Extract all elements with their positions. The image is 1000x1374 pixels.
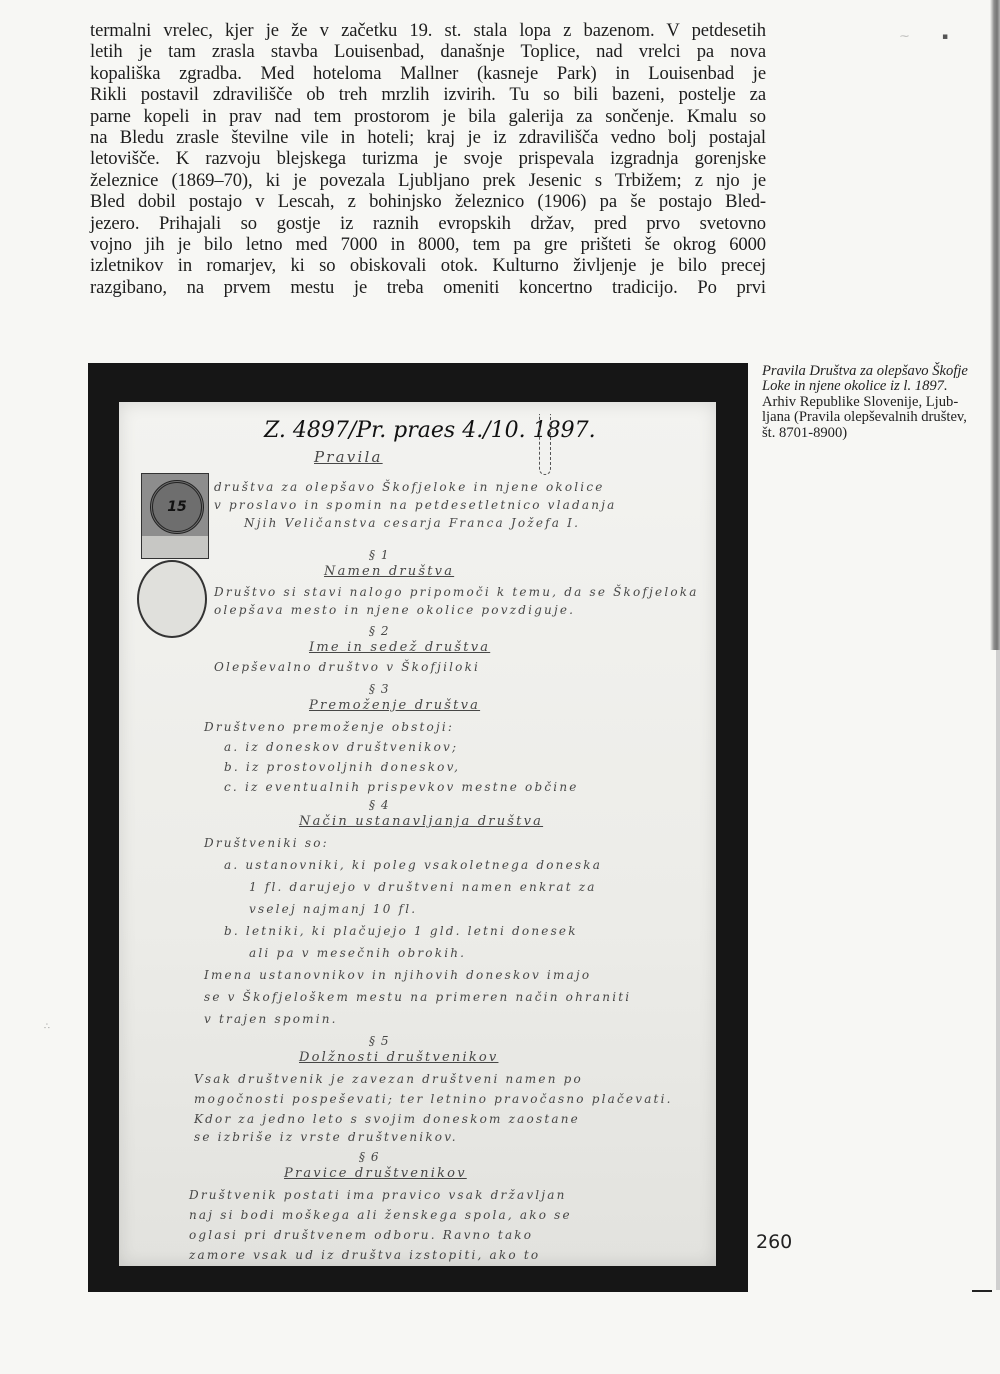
section-line: Društvenik postati ima pravico vsak drža… (189, 1188, 567, 1202)
section-heading: Premoženje društva (309, 698, 480, 713)
figure-caption: Pravila Društva za olepšavo Škofje Loke … (762, 364, 987, 441)
stamp-lower-band (142, 536, 208, 558)
section-heading: Pravice društvenikov (284, 1166, 467, 1181)
section-line: ali pa v mesečnih obrokih. (249, 946, 466, 960)
section-line: zamore vsak ud iz društva izstopiti, ako… (189, 1248, 540, 1262)
section-line: Olepševalno društvo v Škofjiloki (214, 660, 480, 674)
section-line: se v Škofjeloškem mestu na primeren nači… (204, 990, 631, 1004)
body-line: kopališka zgradba. Med hoteloma Mallner … (90, 63, 766, 84)
scan-speck: ⁓ (900, 32, 909, 42)
section-line: a. ustanovniki, ki poleg vsakoletnega do… (224, 858, 602, 872)
body-line: vojno jih je bilo letno med 7000 in 8000… (90, 234, 766, 255)
section-line: Vsak društvenik je zavezan društveni nam… (194, 1072, 583, 1086)
section-line: Društveno premoženje obstoji: (204, 720, 454, 734)
section-line: a. iz doneskov društvenikov; (224, 740, 458, 754)
section-line: olepšava mesto in njene okolice povzdigu… (214, 603, 575, 617)
body-line: letovišče. K razvoju blejskega turizma j… (90, 148, 766, 169)
section-line: v trajen spomin. (204, 1012, 338, 1026)
section-line: b. letniki, ki plačujejo 1 gld. letni do… (224, 924, 578, 938)
document-intro-line: Njih Veličanstva cesarja Franca Jožefa I… (244, 516, 580, 530)
section-line: Imena ustanovnikov in njihovih doneskov … (204, 968, 591, 982)
body-line: na Bledu zrasle številne vile in hoteli;… (90, 127, 766, 148)
body-line: Bled dobil postajo v Lescah, z bohinjsko… (90, 191, 766, 212)
ink-seal (137, 560, 207, 638)
section-line: Kdor za jedno leto s svojim doneskom zao… (194, 1112, 580, 1126)
caption-source-line: ljana (Pravila olepševalnih društev, (762, 410, 987, 425)
document-intro-line: društva za olepšavo Škofjeloke in njene … (214, 480, 605, 494)
section-heading: Način ustanavljanja društva (299, 814, 543, 829)
section-line: Društveniki so: (204, 836, 329, 850)
section-mark: § 2 (369, 624, 389, 638)
paper-clip-mark (539, 414, 551, 475)
body-text: termalni vrelec, kjer je že v začetku 19… (90, 20, 766, 298)
body-line: razgibano, na prvem mestu je treba omeni… (90, 277, 766, 298)
document-intro-line: v proslavo in spomin na petdesetletnico … (214, 498, 616, 512)
section-line: b. iz prostovoljnih doneskov, (224, 760, 460, 774)
scan-edge-mark (972, 1290, 992, 1292)
caption-source-line: Arhiv Republike Slovenije, Ljub- (762, 395, 987, 410)
caption-title-line: Pravila Društva za olepšavo Škofje (762, 364, 987, 379)
section-mark: § 6 (359, 1150, 379, 1164)
section-line: se izbriše iz vrste društvenikov. (194, 1130, 458, 1144)
section-mark: § 1 (369, 548, 389, 562)
scan-speck: ▪ (942, 32, 948, 42)
section-mark: § 3 (369, 682, 389, 696)
body-line: jezero. Prihajali so gostje iz raznih ev… (90, 213, 766, 234)
scan-speck: ∴ (44, 1022, 50, 1032)
page-number: 260 (756, 1231, 792, 1253)
section-line: vselej najmanj 10 fl. (249, 902, 417, 916)
caption-title-line: Loke in njene okolice iz l. 1897. (762, 379, 987, 394)
scan-page-edge-lower (996, 650, 1000, 1290)
section-line: c. iz eventualnih prispevkov mestne obči… (224, 780, 579, 794)
body-line: termalni vrelec, kjer je že v začetku 19… (90, 20, 766, 41)
section-line: oglasi pri društvenem odboru. Ravno tako (189, 1228, 533, 1242)
section-heading: Namen društva (324, 564, 454, 579)
stamp-value: 15 (150, 480, 204, 534)
section-line: mogočnosti pospeševati; ter letnino prav… (194, 1092, 673, 1106)
section-heading: Ime in sedež društva (309, 640, 490, 655)
section-mark: § 4 (369, 798, 389, 812)
section-line: Društvo si stavi nalogo pripomoči k temu… (214, 585, 699, 599)
section-heading: Dolžnosti društvenikov (299, 1050, 498, 1065)
body-line: Rikli postavil zdravilišče ob treh mrzli… (90, 84, 766, 105)
document-photo: Z. 4897/Pr. praes 4./10. 1897. Pravila d… (88, 363, 748, 1292)
body-line: železnice (1869–70), ki je povezala Ljub… (90, 170, 766, 191)
section-line: naj si bodi moškega ali ženskega spola, … (189, 1208, 572, 1222)
document-title: Pravila (314, 448, 383, 466)
section-mark: § 5 (369, 1034, 389, 1048)
body-line: parne kopeli in prav nad tem prostorom j… (90, 106, 766, 127)
body-line: letih je tam zrasla stavba Louisenbad, d… (90, 41, 766, 62)
body-line: izletnikov in romarjev, ki so obiskovali… (90, 255, 766, 276)
section-line: 1 fl. darujejo v društveni namen enkrat … (249, 880, 597, 894)
handwritten-document: Z. 4897/Pr. praes 4./10. 1897. Pravila d… (119, 402, 716, 1266)
revenue-stamp: 15 (141, 473, 209, 559)
caption-source-line: št. 8701-8900) (762, 426, 987, 441)
scan-page-edge (990, 0, 1000, 650)
